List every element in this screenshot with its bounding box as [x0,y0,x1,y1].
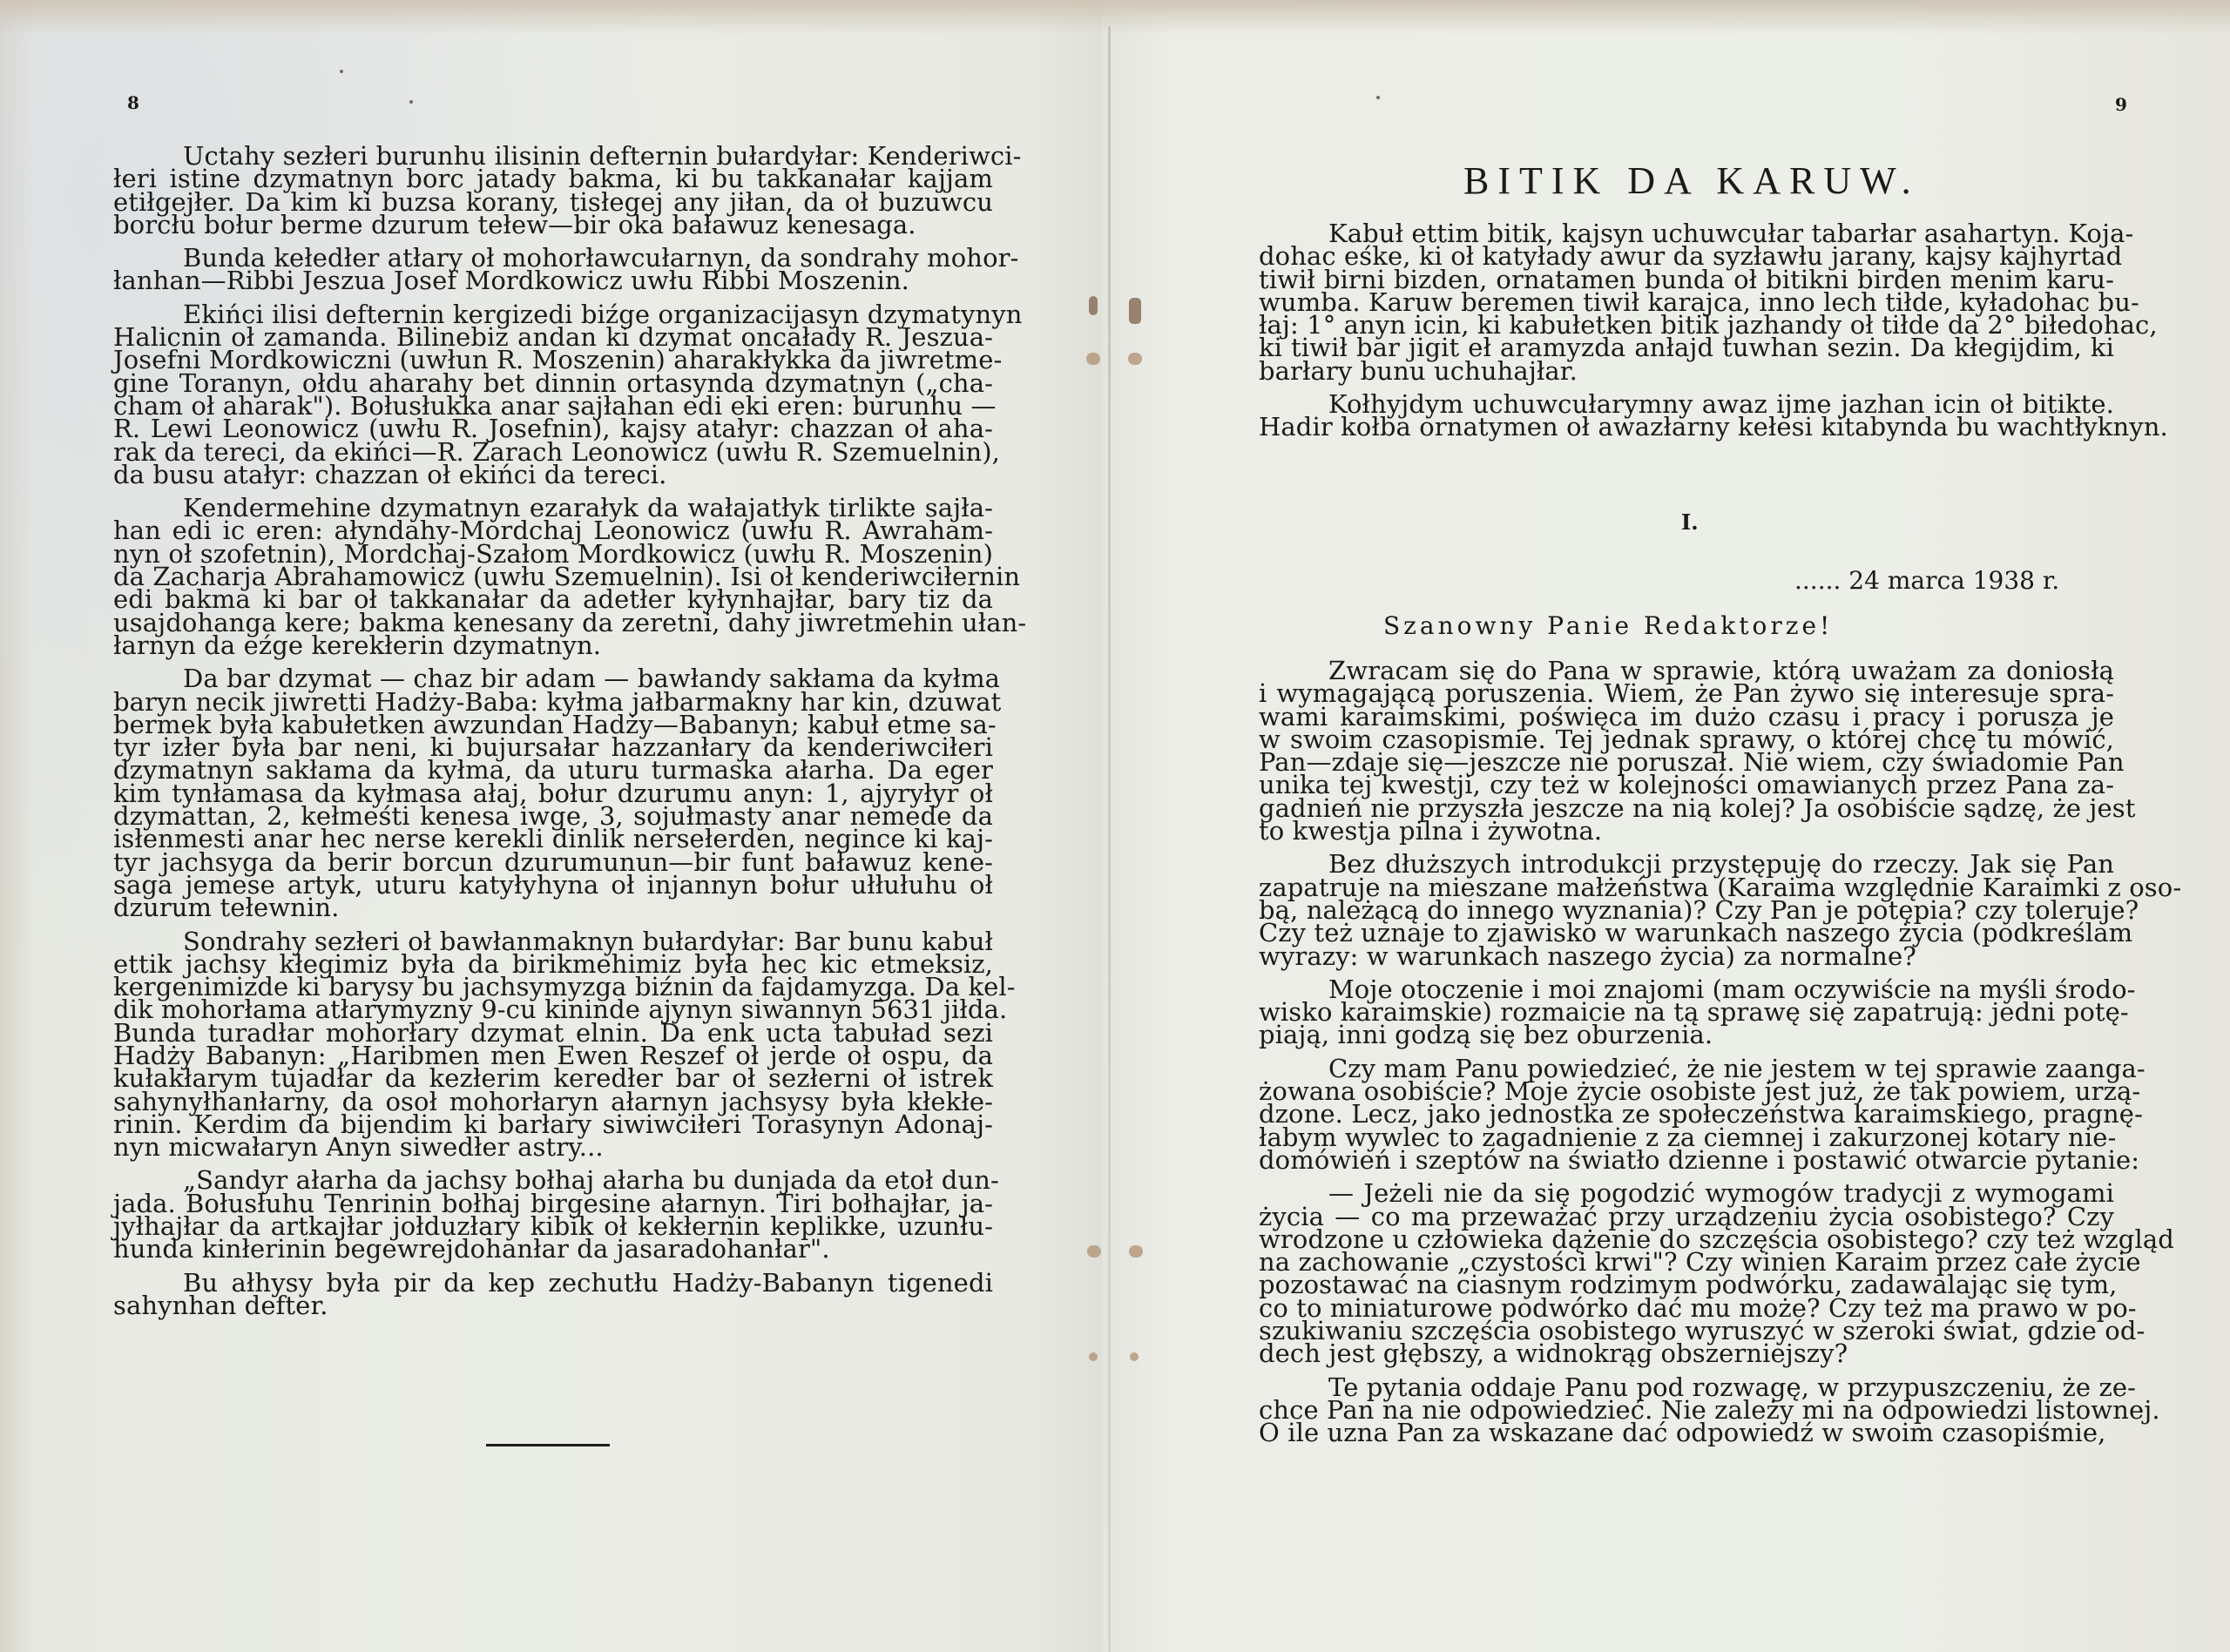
paragraph: Te pytania oddaje Panu pod rozwagę, w pr… [1259,1376,2114,1445]
paragraph: Kołhyjdym uchuwcułarymny awaz ijme jazha… [1259,393,2114,439]
book-spread: 8 Uctahy sezłeri burunhu ilisinin defter… [0,0,2230,1652]
paragraph: — Jeżeli nie da się pogodzić wymogów tra… [1259,1182,2114,1365]
paragraph: Sondrahy sezłeri oł bawłanmaknyn bułardy… [113,930,993,1159]
editor-intro-body: Kabuł ettim bitik, kajsyn uchuwcułar tab… [1259,222,2114,439]
paragraph: Kendermehine dzymatnyn ezarałyk da wałaj… [113,496,993,657]
paragraph: Uctahy sezłeri burunhu ilisinin defterni… [113,145,993,236]
text-line: domówień i szeptów na światło dzienne i … [1259,1149,2114,1171]
binding-stitch-icon [1089,1352,1098,1361]
letter-salutation: Szanowny Panie Redaktorze! [1383,611,1833,640]
binding-stitch-icon [1087,1245,1101,1258]
left-page-body: Uctahy sezłeri burunhu ilisinin defterni… [113,145,993,1317]
text-line: borcłu bołur berme dzurum tełew—bir oka … [113,213,993,236]
paper-speck [1376,96,1380,99]
paragraph: Bez dłuższych introdukcji przystępuję do… [1259,853,2114,967]
text-line: O ile uzna Pan za wskazane dać odpowiedź… [1259,1421,2114,1444]
page-number-left: 8 [127,92,139,113]
article-heading: BITIK DA KARUW. [1463,158,1920,203]
paragraph: „Sandyr ałarha da jachsy bołhaj ałarha b… [113,1169,993,1260]
binding-stitch-icon [1089,296,1098,315]
text-line: barłary bunu uchuhajłar. [1259,360,2114,382]
page-number-right: 9 [2115,94,2127,115]
paper-speck [409,100,413,104]
text-line: łanhan—Ribbi Jeszua Josef Mordkowicz uwł… [113,269,993,292]
paragraph: Bu ałhysy była pir da kep zechutłu Hadży… [113,1271,993,1318]
text-line: sahynhan defter. [113,1294,993,1317]
paragraph: Bunda kełedłer atłary oł mohorławcułarny… [113,246,993,293]
letter-body: Zwracam się do Pana w sprawie, którą uwa… [1259,659,2114,1445]
paper-speck [340,70,343,73]
text-line: łarnyn da eźge kerekłerin dzymatnyn. [113,634,993,657]
paragraph: Czy mam Panu powiedzieć, że nie jestem w… [1259,1057,2114,1171]
binding-stitch-icon [1129,1245,1143,1258]
binding-stitch-icon [1129,298,1141,324]
text-line: piają, inni godzą się bez oburzenia. [1259,1023,2114,1046]
book-gutter [1108,26,1111,1652]
text-line: dech jest głębszy, a widnokrąg obszernie… [1259,1342,2114,1365]
text-line: wyrazy: w warunkach naszego życia) za no… [1259,945,2114,968]
text-line: to kwestja pilna i żywotna. [1259,819,2114,842]
text-line: dzurum tełewnin. [113,896,993,919]
letter-date: ...... 24 marca 1938 r. [1794,566,2059,595]
paragraph: Moje otoczenie i moi znajomi (mam oczywi… [1259,978,2114,1047]
paragraph: Ekińci ilisi defternin kergizedi biźge o… [113,303,993,486]
paragraph: Zwracam się do Pana w sprawie, którą uwa… [1259,659,2114,842]
page-top-edge-shadow [0,0,2230,35]
section-divider-rule [486,1444,610,1446]
text-line: nyn micwałaryn Anyn siwedłer astry... [113,1136,993,1158]
letter-section-number: I. [1681,509,1699,535]
text-line: hunda kinłerinin begewrejdohanłar da jas… [113,1237,993,1260]
binding-stitch-icon [1086,353,1100,365]
paragraph: Kabuł ettim bitik, kajsyn uchuwcułar tab… [1259,222,2114,382]
text-line: Hadir kołba ornatymen oł awazłarny kełes… [1259,415,2114,438]
text-line: da busu atałyr: chazzan oł ekińci da ter… [113,463,993,486]
paragraph: Da bar dzymat — chaz bir adam — bawłandy… [113,667,993,919]
binding-stitch-icon [1130,1352,1139,1361]
binding-stitch-icon [1128,353,1142,365]
